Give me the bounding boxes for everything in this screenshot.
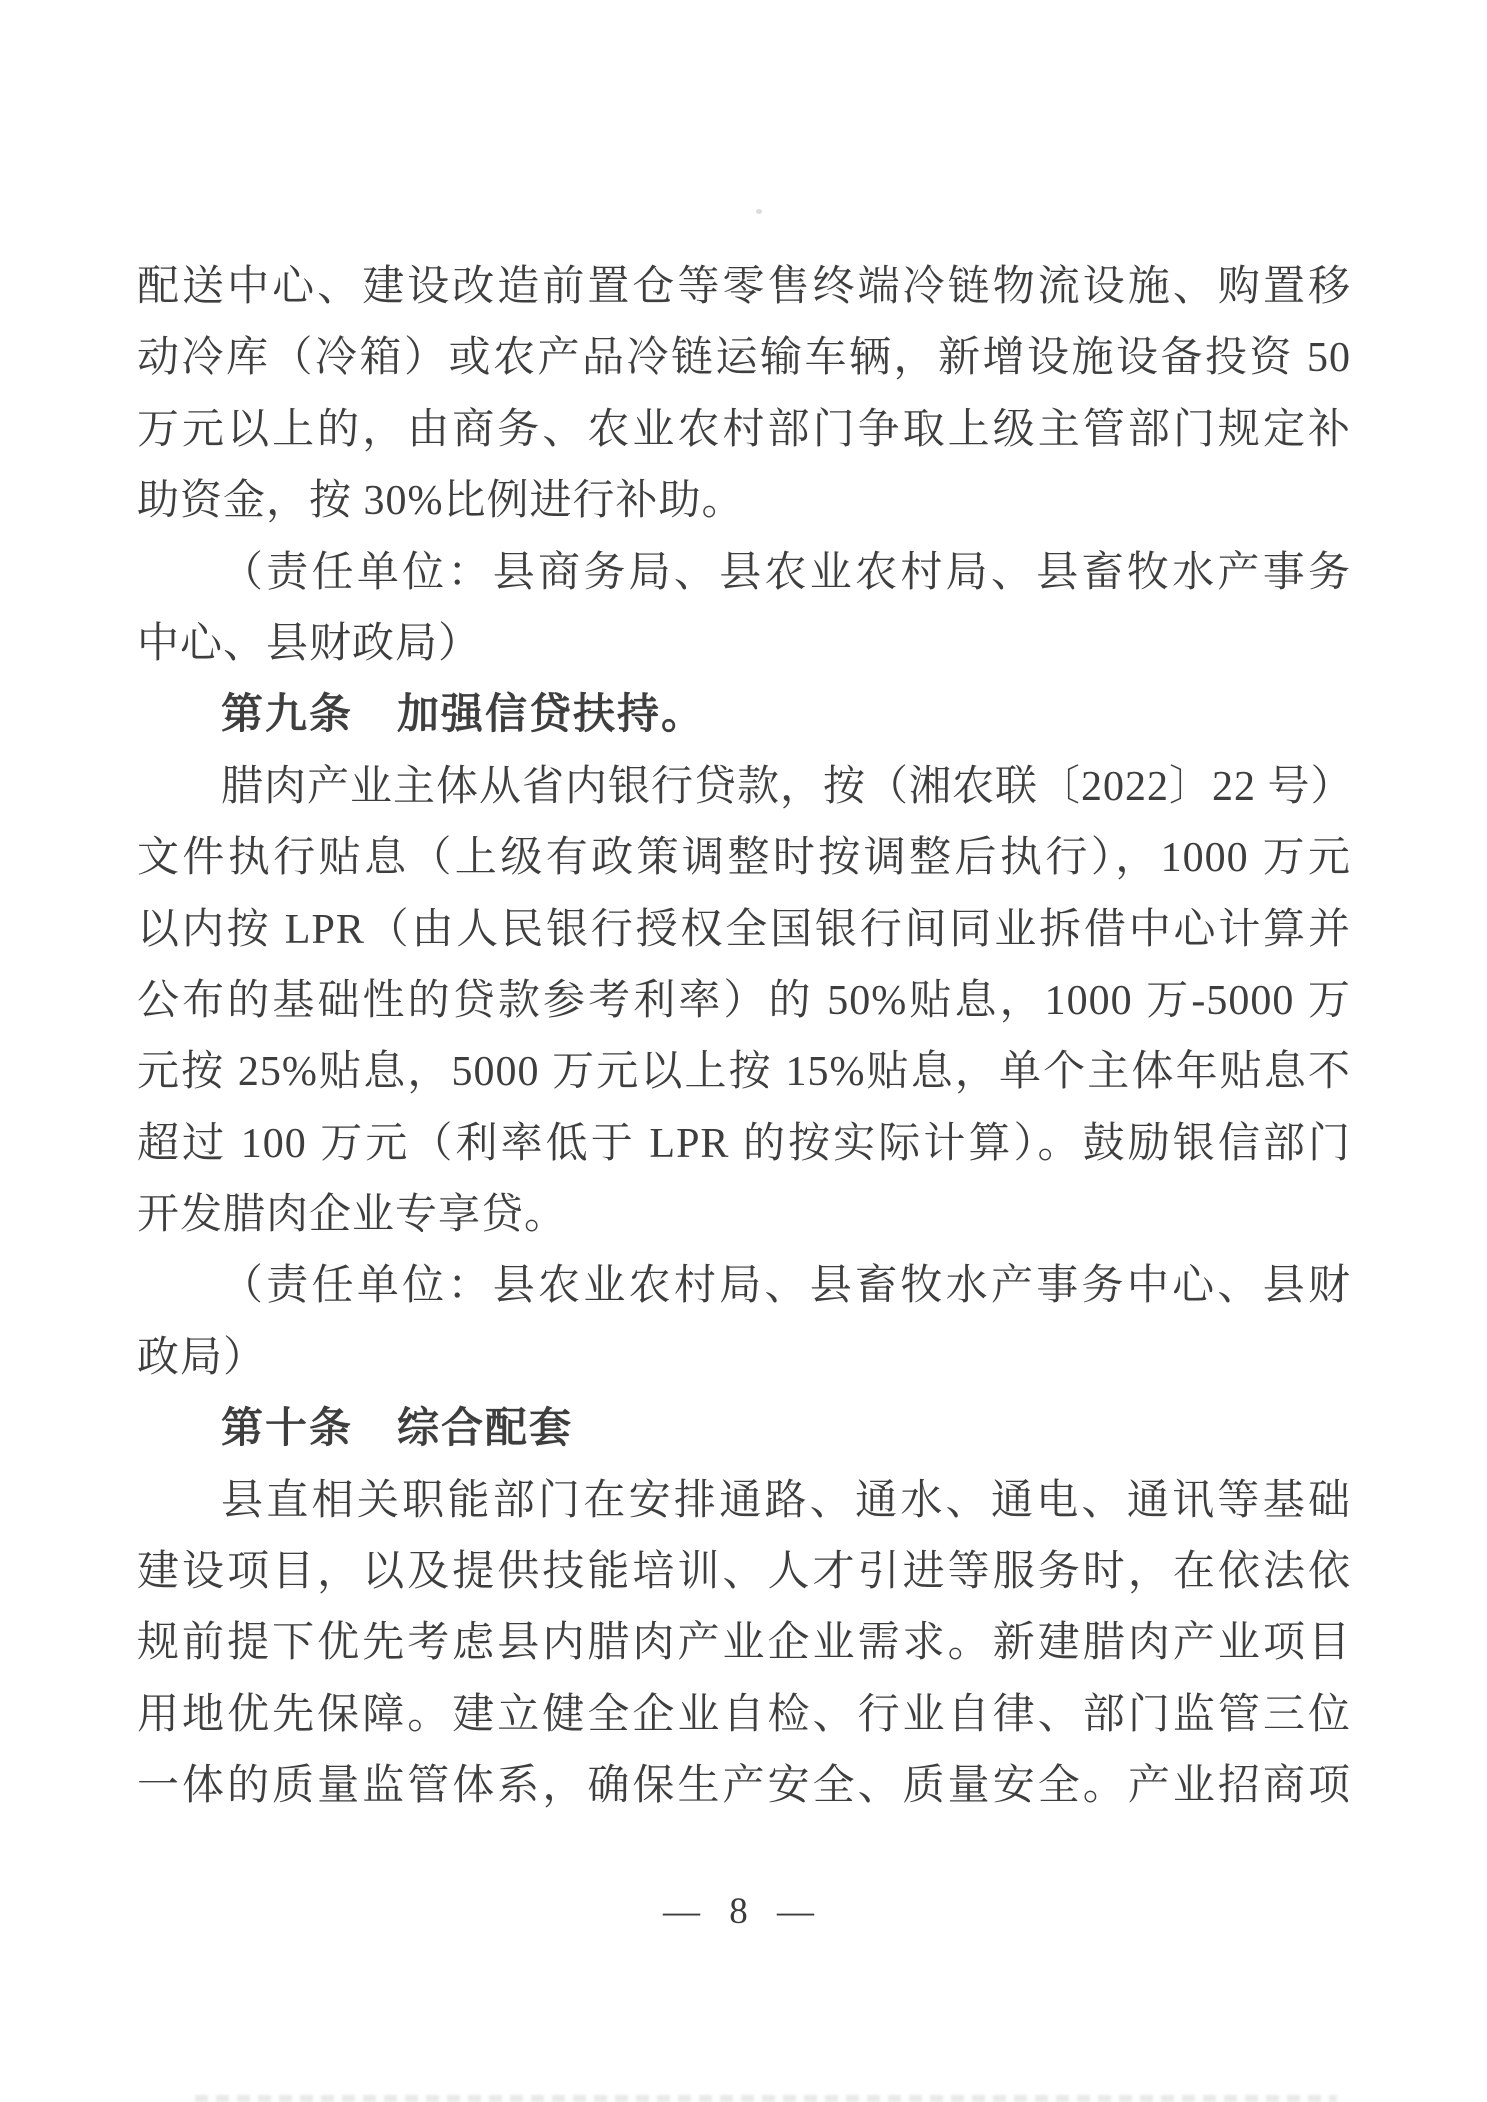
body-line: 文件执行贴息（上级有政策调整时按调整后执行），1000 万元 [137, 823, 1351, 894]
page-number: — 8 — [0, 1890, 1487, 1933]
page-bleed-artifact [195, 2095, 1337, 2102]
responsibility-line: 中心、县财政局） [137, 609, 1351, 680]
body-line: 县直相关职能部门在安排通路、通水、通电、通讯等基础 [137, 1466, 1351, 1537]
body-line: 腊肉产业主体从省内银行贷款，按（湘农联〔2022〕22 号） [137, 752, 1351, 823]
document-page: 配送中心、建设改造前置仓等零售终端冷链物流设施、购置移 动冷库（冷箱）或农产品冷… [0, 0, 1487, 2102]
body-line: 用地优先保障。建立健全企业自检、行业自律、部门监管三位 [137, 1680, 1351, 1751]
responsibility-line: （责任单位：县农业农村局、县畜牧水产事务中心、县财 [137, 1251, 1351, 1322]
body-line: 元按 25%贴息，5000 万元以上按 15%贴息，单个主体年贴息不 [137, 1037, 1351, 1108]
body-line: 建设项目，以及提供技能培训、人才引进等服务时，在依法依 [137, 1537, 1351, 1608]
body-line: 开发腊肉企业专享贷。 [137, 1180, 1351, 1251]
article-10-heading: 第十条 综合配套 [137, 1394, 1351, 1465]
body-line: 动冷库（冷箱）或农产品冷链运输车辆，新增设施设备投资 50 [137, 323, 1351, 394]
body-line: 超过 100 万元（利率低于 LPR 的按实际计算）。鼓励银信部门 [137, 1109, 1351, 1180]
body-line: 公布的基础性的贷款参考利率）的 50%贴息，1000 万-5000 万 [137, 966, 1351, 1037]
responsibility-line: 政局） [137, 1323, 1351, 1394]
article-9-heading: 第九条 加强信贷扶持。 [137, 680, 1351, 751]
body-line: 规前提下优先考虑县内腊肉产业企业需求。新建腊肉产业项目 [137, 1608, 1351, 1679]
body-line: 助资金，按 30%比例进行补助。 [137, 466, 1351, 537]
body-line: 一体的质量监管体系，确保生产安全、质量安全。产业招商项 [137, 1751, 1351, 1822]
document-text-block: 配送中心、建设改造前置仓等零售终端冷链物流设施、购置移 动冷库（冷箱）或农产品冷… [137, 252, 1351, 1823]
body-line: 万元以上的，由商务、农业农村部门争取上级主管部门规定补 [137, 395, 1351, 466]
responsibility-line: （责任单位：县商务局、县农业农村局、县畜牧水产事务 [137, 538, 1351, 609]
body-line: 以内按 LPR（由人民银行授权全国银行间同业拆借中心计算并 [137, 895, 1351, 966]
scan-speck-artifact [756, 209, 762, 214]
body-line: 配送中心、建设改造前置仓等零售终端冷链物流设施、购置移 [137, 252, 1351, 323]
